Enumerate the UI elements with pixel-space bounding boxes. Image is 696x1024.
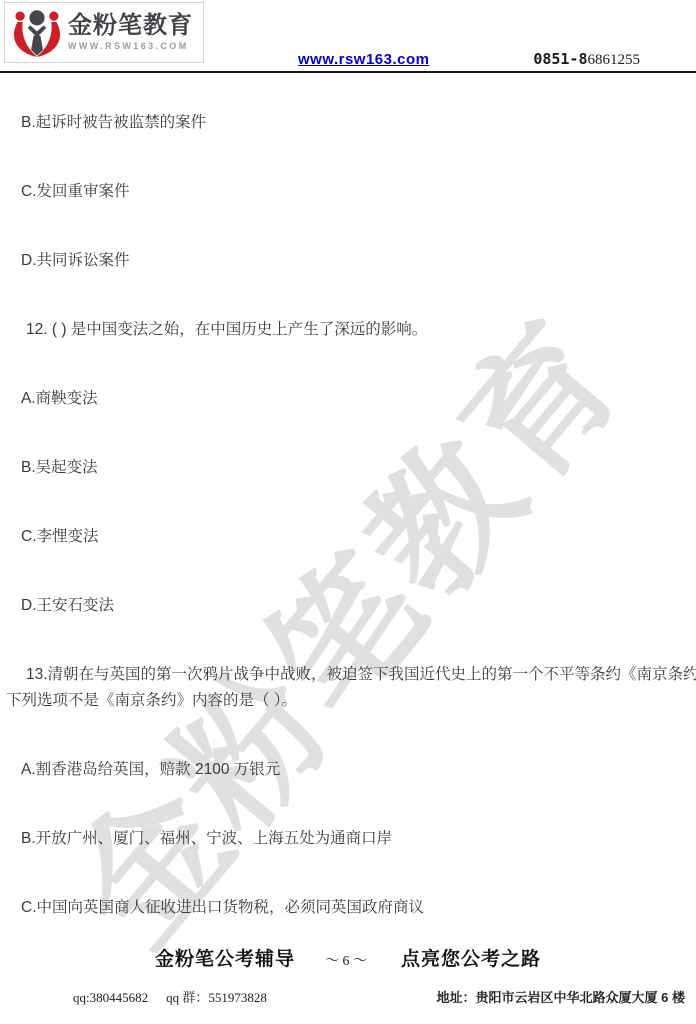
option-text: B.起诉时被告被监禁的案件 [6,110,690,136]
brand-logo: 金粉笔教育 WWW.RSW163.COM [4,2,204,63]
phone-number-suffix: 6861255 [588,52,641,68]
phone-number: 0851-86861255 [533,50,640,69]
website-link[interactable]: www.rsw163.com [298,51,430,68]
option-c11: C.发回重审案件 [6,179,690,205]
document-page: 金粉笔教育 金粉笔教育 WWW.RSW163.COM www.rsw163.co… [0,0,696,1024]
question-12: 12. ( ) 是中国变法之始，在中国历史上产生了深远的影响。 [6,317,690,343]
option-b11: B.起诉时被告被监禁的案件 [6,110,690,136]
option-text: B.吴起变法 [6,455,690,481]
option-a13: A.割香港岛给英国，赔款 2100 万银元 [6,757,690,783]
option-text: C.发回重审案件 [6,179,690,205]
option-text: C.中国向英国商人征收进出口货物税，必须同英国政府商议 [6,895,690,921]
page-header: 金粉笔教育 WWW.RSW163.COM www.rsw163.com 0851… [0,0,696,74]
option-text: A.割香港岛给英国，赔款 2100 万银元 [6,757,690,783]
brand-name: 金粉笔教育 [68,14,193,38]
footer-slogan-line: 金粉笔公考辅导 ～ 6 ～ 点亮您公考之路 [0,944,696,971]
question-text: 12. ( ) 是中国变法之始，在中国历史上产生了深远的影响。 [6,317,690,343]
footer-brand-left: 金粉笔公考辅导 [155,944,295,971]
page-number: ～ 6 ～ [325,950,367,970]
option-text: C.李悝变法 [6,524,690,550]
option-text: B.开放广州、厦门、福州、宁波、上海五处为通商口岸 [6,826,690,852]
footer-contact-row: qq:380445682qq 群：551973828 地址：贵阳市云岩区中华北路… [0,987,696,1006]
option-c13: C.中国向英国商人征收进出口货物税，必须同英国政府商议 [6,895,690,921]
brand-logo-text: 金粉笔教育 WWW.RSW163.COM [68,14,193,51]
phone-number-prefix: 0851-8 [533,50,587,68]
brand-logo-icon [10,8,64,58]
option-text: D.王安石变法 [6,593,690,619]
option-d11: D.共同诉讼案件 [6,248,690,274]
address: 地址：贵阳市云岩区中华北路众厦大厦 6 楼 [437,987,685,1006]
option-text: A.商鞅变法 [6,386,690,412]
brand-site-url: WWW.RSW163.COM [68,42,193,51]
question-13: 13.清朝在与英国的第一次鸦片战争中战败，被迫签下我国近代史上的第一个不平等条约… [6,662,690,714]
option-b13: B.开放广州、厦门、福州、宁波、上海五处为通商口岸 [6,826,690,852]
option-a12: A.商鞅变法 [6,386,690,412]
question-text-line1: 13.清朝在与英国的第一次鸦片战争中战败，被迫签下我国近代史上的第一个不平等条约… [6,662,690,688]
footer-brand-right: 点亮您公考之路 [401,944,541,971]
question-text-line2: 下列选项不是《南京条约》内容的是（ ）。 [6,688,690,714]
qq-contacts: qq:380445682qq 群：551973828 [73,987,267,1006]
option-text: D.共同诉讼案件 [6,248,690,274]
header-divider [0,71,696,73]
option-c12: C.李悝变法 [6,524,690,550]
question-content: B.起诉时被告被监禁的案件 C.发回重审案件 D.共同诉讼案件 12. ( ) … [0,0,696,921]
option-d12: D.王安石变法 [6,593,690,619]
qq-number: qq:380445682 [73,990,148,1005]
option-b12: B.吴起变法 [6,455,690,481]
qq-group-number: qq 群：551973828 [166,990,267,1005]
